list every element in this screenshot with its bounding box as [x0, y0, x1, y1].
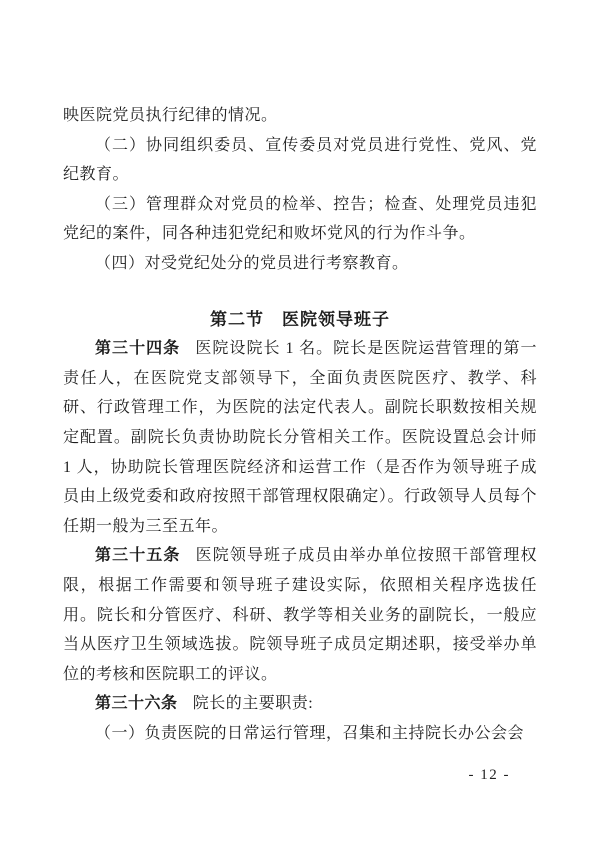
list-item-3: （三）管理群众对党员的检举、控告；检查、处理党员违犯党纪的案件，同各种违犯党纪和… — [63, 190, 537, 249]
article-36-text: 院长的主要职责: — [193, 695, 313, 712]
article-36-number: 第三十六条 — [95, 695, 178, 712]
article-34: 第三十四条医院设院长 1 名。院长是医院运营管理的第一责任人，在医院党支部领导下… — [63, 334, 537, 541]
page-number: - 12 - — [469, 767, 511, 784]
article-34-text: 医院设院长 1 名。院长是医院运营管理的第一责任人，在医院党支部领导下，全面负责… — [63, 340, 537, 535]
sub-item-1: （一）负责医院的日常运行管理，召集和主持院长办公会会 — [63, 719, 537, 749]
section-heading: 第二节 医院领导班子 — [63, 305, 537, 335]
list-item-2: （二）协同组织委员、宣传委员对党员进行党性、党风、党纪教育。 — [63, 131, 537, 190]
article-36: 第三十六条院长的主要职责: — [63, 689, 537, 719]
article-35-number: 第三十五条 — [95, 547, 180, 564]
document-page: 映医院党员执行纪律的情况。 （二）协同组织委员、宣传委员对党员进行党性、党风、党… — [0, 0, 600, 848]
document-body: 映医院党员执行纪律的情况。 （二）协同组织委员、宣传委员对党员进行党性、党风、党… — [63, 101, 537, 748]
list-item-4: （四）对受党纪处分的党员进行考察教育。 — [63, 249, 537, 279]
paragraph-continuation: 映医院党员执行纪律的情况。 — [63, 101, 537, 131]
article-35: 第三十五条医院领导班子成员由举办单位按照干部管理权限，根据工作需要和领导班子建设… — [63, 541, 537, 689]
article-35-text: 医院领导班子成员由举办单位按照干部管理权限，根据工作需要和领导班子建设实际，依照… — [63, 547, 537, 682]
article-34-number: 第三十四条 — [95, 340, 180, 357]
